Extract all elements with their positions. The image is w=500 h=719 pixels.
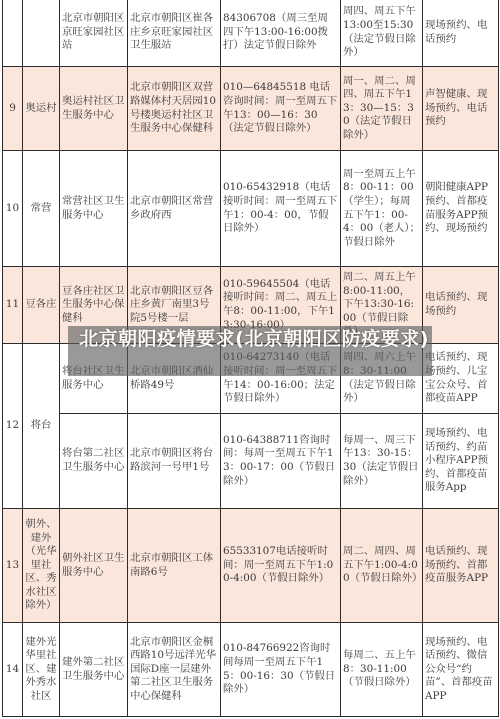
area-cell: 将台 (23, 344, 60, 509)
row-number: 13 (3, 509, 23, 623)
clinic-name-cell: 常营社区卫生服务中心 (60, 151, 128, 267)
booking-method-cell: 电话预约、现场预约、首都疫苗服务APP (423, 509, 499, 623)
row-number (3, 0, 23, 67)
vaccination-time-cell: 周一至周五上午8：00-11：00（学生）；每周五下午1：00-4：00（老人）… (341, 151, 423, 267)
row-number: 12 (3, 344, 23, 509)
vaccination-time-cell: 每周二、五上午8：30-11:00（节假日除外） (341, 623, 423, 717)
overlay-title: 北京朝阳疫情要求(北京朝阳区防疫要求) (74, 328, 434, 350)
clinic-name-cell: 朝外社区卫生服务中心 (60, 509, 128, 623)
table-row: 14 建外光华里社区、建外秀水社区 建外第二社区卫生服务中心 北京市朝阳区金桐西… (3, 623, 499, 717)
phone-cell: 010-84766922咨询时间每周一至周五下午15：00-16：30（节假日除… (221, 623, 341, 717)
table-row: 9 奥运村 奥运村社区卫生服务中心 北京市朝阳区双营路媒体村天居园10号楼奥运村… (3, 67, 499, 151)
row-number: 11 (3, 267, 23, 344)
table-row: 北京市朝阳区京旺家园社区站 北京市朝阳区崔各庄乡京旺家园社区卫生服站 84306… (3, 0, 499, 67)
clinic-name-cell: 将台第二社区卫生服务中心 (60, 414, 128, 509)
booking-method-cell: 朝阳健康APP预约、首都疫苗服务APP预约、现场预约 (423, 151, 499, 267)
area-cell: 建外光华里社区、建外秀水社区 (23, 623, 60, 717)
clinic-name-cell: 建外第二社区卫生服务中心 (60, 623, 128, 717)
address-cell: 北京市朝阳区工体南路6号 (128, 509, 221, 623)
booking-method-cell: 声智健康、现场预约、电话预约 (423, 67, 499, 151)
table-row: 10 常营 常营社区卫生服务中心 北京市朝阳区常营乡政府西 010-654329… (3, 151, 499, 267)
address-cell: 北京市朝阳区金桐西路10号远洋光华国际D座一层建外第二社区卫生服务中心保健科 (128, 623, 221, 717)
address-cell: 北京市朝阳区将台路滨河一号甲1号 (128, 414, 221, 509)
phone-cell: 010-64388711咨询时间：每周一至周五下午13：00-17：00（节假日… (221, 414, 341, 509)
clinic-name-cell: 奥运村社区卫生服务中心 (60, 67, 128, 151)
area-cell: 常营 (23, 151, 60, 267)
row-number: 14 (3, 623, 23, 717)
vaccination-time-cell: 周二、周四、周五下午1:00-4:00（节假日除外） (341, 509, 423, 623)
address-cell: 北京市朝阳区常营乡政府西 (128, 151, 221, 267)
table-row: 13 朝外、建外（光华里社区、秀水社区除外） 朝外社区卫生服务中心 北京市朝阳区… (3, 509, 499, 623)
booking-method-cell: 电话预约、现场预约、儿宝宝公众号、首都疫苗APP (423, 344, 499, 414)
phone-cell: 84306708（周三至周四下午13:00-16:00拨打）法定节假日除外 (221, 0, 341, 67)
vaccination-time-cell: 周四、周五下午13:00至15:30（法定节假日除外） (341, 0, 423, 67)
clinic-name-cell: 北京市朝阳区京旺家园社区站 (60, 0, 128, 67)
phone-cell: 010-65432918（电话接听时间：周一至周五下午1：00-4：00，节假日… (221, 151, 341, 267)
booking-method-cell: 现场预约、电话预约、约苗小程序APP预约、首都疫苗服务App (423, 414, 499, 509)
vaccination-time-cell: 周一、周二、周四、周五下午13：30—15：30（法定节假日除外） (341, 67, 423, 151)
booking-method-cell: 现场预约、电话预约 (423, 0, 499, 67)
address-cell: 北京市朝阳区崔各庄乡京旺家园社区卫生服站 (128, 0, 221, 67)
phone-cell: 65533107电话接听时间：周一至周五下午1:00-4:00（节假日除外） (221, 509, 341, 623)
vaccination-time-cell: 每周一、周三下午13：30-15：30（法定节假日除外） (341, 414, 423, 509)
phone-cell: 010—64845518 电话咨询时间：周一至周五下午13：00—16：30（法… (221, 67, 341, 151)
table-row: 将台第二社区卫生服务中心 北京市朝阳区将台路滨河一号甲1号 010-643887… (3, 414, 499, 509)
area-cell: 朝外、建外（光华里社区、秀水社区除外） (23, 509, 60, 623)
row-number: 10 (3, 151, 23, 267)
area-cell (23, 0, 60, 67)
row-number: 9 (3, 67, 23, 151)
area-cell: 奥运村 (23, 67, 60, 151)
booking-method-cell: 现场预约、电话预约、微信公众号“约苗”、首都疫苗APP (423, 623, 499, 717)
address-cell: 北京市朝阳区双营路媒体村天居园10号楼奥运村社区卫生服务中心保健科 (128, 67, 221, 151)
area-cell: 豆各庄 (23, 267, 60, 344)
